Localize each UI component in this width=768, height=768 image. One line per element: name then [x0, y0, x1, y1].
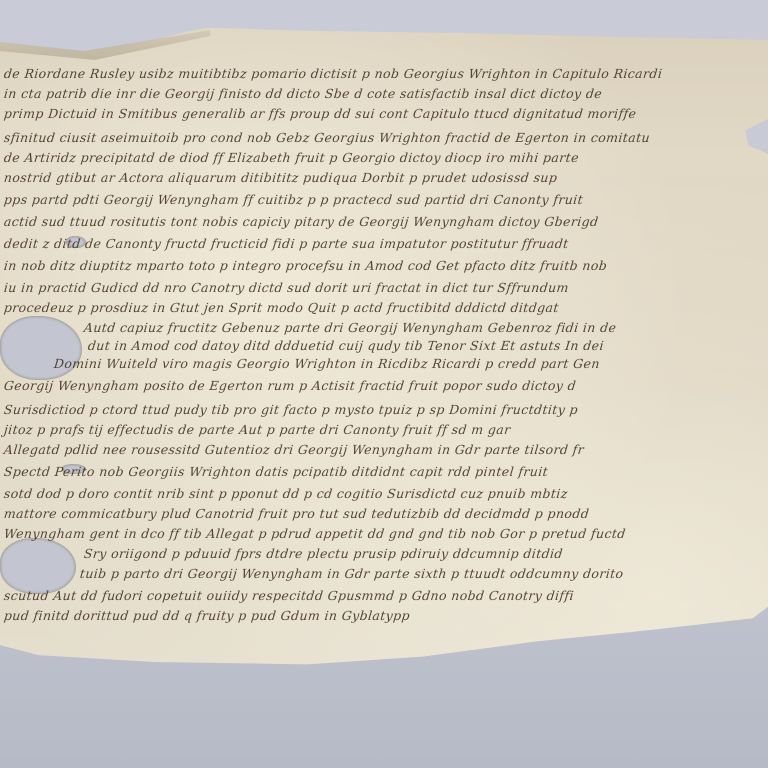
manuscript-line: de Artiridz precipitatd de diod ff Eliza… [3, 150, 580, 165]
manuscript-line: Domini Wuiteld viro magis Georgio Wright… [53, 356, 600, 371]
manuscript-line: nostrid gtibut ar Actora aliquarum ditib… [3, 170, 558, 185]
manuscript-line: sfinitud ciusit aseimuitoib pro cond nob… [3, 130, 651, 145]
manuscript-line: primp Dictuid in Smitibus generalib ar f… [3, 106, 637, 121]
manuscript-line: Surisdictiod p ctord ttud pudy tib pro g… [3, 402, 579, 417]
manuscript-photograph: de Riordane Rusley usibz muitibtibz poma… [0, 0, 768, 768]
manuscript-line: tuib p parto dri Georgij Wenyngham in Gd… [79, 566, 624, 581]
manuscript-line: Wenyngham gent in dco ff tib Allegat p p… [3, 526, 626, 541]
manuscript-line: Spectd Perito nob Georgiis Wrighton dati… [3, 464, 549, 479]
manuscript-line: iu in practid Gudicd dd nro Canotry dict… [3, 280, 569, 295]
manuscript-line: pps partd pdti Georgij Wenyngham ff cuit… [3, 192, 584, 207]
manuscript-line: dut in Amod cod datoy ditd ddduetid cuij… [87, 338, 605, 353]
manuscript-line: Autd capiuz fructitz Gebenuz parte dri G… [83, 320, 617, 335]
manuscript-line: jitoz p prafs tij effectudis de parte Au… [3, 422, 511, 437]
manuscript-line: pud finitd dorittud pud dd q fruity p pu… [3, 608, 411, 623]
manuscript-line: procedeuz p prosdiuz in Gtut jen Sprit m… [3, 300, 559, 315]
manuscript-line: actid sud ttuud rositutis tont nobis cap… [3, 214, 599, 229]
manuscript-line: Allegatd pdlid nee rousessitd Gutentioz … [3, 442, 585, 457]
manuscript-line: scutud Aut dd fudori copetuit ouiidy res… [3, 588, 575, 603]
manuscript-line: in cta patrib die inr die Georgij finist… [3, 86, 603, 101]
manuscript-line: mattore commicatbury plud Canotrid fruit… [3, 506, 590, 521]
manuscript-line: in nob ditz diuptitz mparto toto p integ… [3, 258, 608, 273]
manuscript-line: Georgij Wenyngham posito de Egerton rum … [3, 378, 577, 393]
manuscript-line: dedit z ditd de Canonty fructd fructicid… [3, 236, 569, 251]
manuscript-line: Sry oriigond p pduuid fprs dtdre plectu … [83, 546, 563, 561]
manuscript-line: de Riordane Rusley usibz muitibtibz poma… [3, 66, 663, 81]
manuscript-line: sotd dod p doro contit nrib sint p pponu… [3, 486, 568, 501]
paper-hole-left-lower [0, 538, 76, 594]
